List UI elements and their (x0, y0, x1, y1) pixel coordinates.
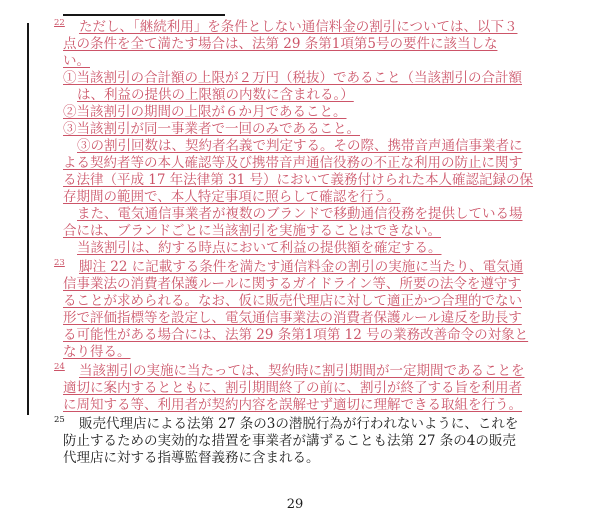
footnote-line: よる契約者等の本人確認等及び携帯音声通信役務の不正な利用の防止に関す (63, 155, 533, 172)
footnote-line: 脚注 22 に記載する条件を満たす通信料金の割引の実施に当たり、電気通 (63, 259, 533, 276)
footnote-line: 点の条件を全て満たす場合は、法第 29 条第1項第5号の要件に該当しな (63, 36, 533, 53)
footnote-line: る法律（平成 17 年法律第 31 号）において義務付けられた本人確認記録の保 (63, 172, 533, 189)
footnote-number: 24 (54, 362, 65, 372)
footnote-line: また、電気通信事業者が複数のブランドで移動通信役務を提供している場 (63, 206, 533, 223)
document-page: 22ただし、「継続利用」を条件としない通信料金の割引については、以下３点の条件を… (0, 0, 590, 530)
footnote-line: ②当該割引の期間の上限が６か月であること。 (63, 104, 533, 121)
footnote-separator-rule (63, 14, 225, 16)
footnote-line: 形で評価指標等を設定し、電気通信事業法の消費者保護ルール違反を助長す (63, 310, 533, 327)
footnote-24: 24当該割引の実施に当たっては、契約時に割引期間が一定期間であることを適切に案内… (63, 363, 533, 414)
footnote-line: ③当該割引が同一事業者で一回のみであること。 (63, 121, 533, 138)
footnote-line: ただし、「継続利用」を条件としない通信料金の割引については、以下３ (63, 19, 533, 36)
footnote-line: ①当該割引の合計額の上限が２万円（税抜）であること（当該割引の合計額 (63, 70, 533, 87)
footnote-line: ることが求められる。なお、仮に販売代理店に対して適正かつ合理的でない (63, 293, 533, 310)
footnote-line: る可能性がある場合には、法第 29 条第1項第 12 号の業務改善命令の対象と (63, 327, 533, 344)
footnote-25: 25販売代理店による法第 27 条の3の潜脱行為が行われないように、これを防止す… (63, 416, 533, 467)
footnotes: 22ただし、「継続利用」を条件としない通信料金の割引については、以下３点の条件を… (63, 19, 533, 467)
footnote-number: 25 (54, 415, 65, 425)
footnote-23: 23脚注 22 に記載する条件を満たす通信料金の割引の実施に当たり、電気通信事業… (63, 259, 533, 361)
revision-change-bar (27, 23, 29, 415)
footnote-number: 23 (54, 258, 65, 268)
footnote-line: 当該割引は、約する時点において利益の提供額を確定する。 (63, 240, 533, 257)
footnote-line: 当該割引の実施に当たっては、契約時に割引期間が一定期間であることを (63, 363, 533, 380)
footnote-line: い。 (63, 53, 533, 70)
footnote-line: は、利益の提供の上限額の内数に含まれる。） (63, 87, 533, 104)
footnote-line: 存期間の範囲で、本人特定事項に照らして確認を行う。 (63, 189, 533, 206)
footnote-22: 22ただし、「継続利用」を条件としない通信料金の割引については、以下３点の条件を… (63, 19, 533, 257)
footnote-number: 22 (54, 18, 65, 28)
footnote-line: 信事業法の消費者保護ルールに関するガイドライン等、所要の法令を遵守す (63, 276, 533, 293)
page-number: 29 (0, 497, 590, 512)
footnote-line: なり得る。 (63, 344, 533, 361)
footnote-line: に周知する等、利用者が契約内容を誤解せず適切に理解できる取組を行う。 (63, 397, 533, 414)
footnote-line: 適切に案内するとともに、割引期間終了の前に、割引が終了する旨を利用者 (63, 380, 533, 397)
footnote-line: ③の割引回数は、契約者名義で判定する。その際、携帯音声通信事業者に (63, 138, 533, 155)
footnote-line: 防止するための実効的な措置を事業者が講ずることも法第 27 条の4の販売 (63, 433, 533, 450)
footnote-line: 代理店に対する指導監督義務に含まれる。 (63, 450, 533, 467)
footnote-line: 合には、ブランドごとに当該割引を実施することはできない。 (63, 223, 533, 240)
footnote-line: 販売代理店による法第 27 条の3の潜脱行為が行われないように、これを (63, 416, 533, 433)
